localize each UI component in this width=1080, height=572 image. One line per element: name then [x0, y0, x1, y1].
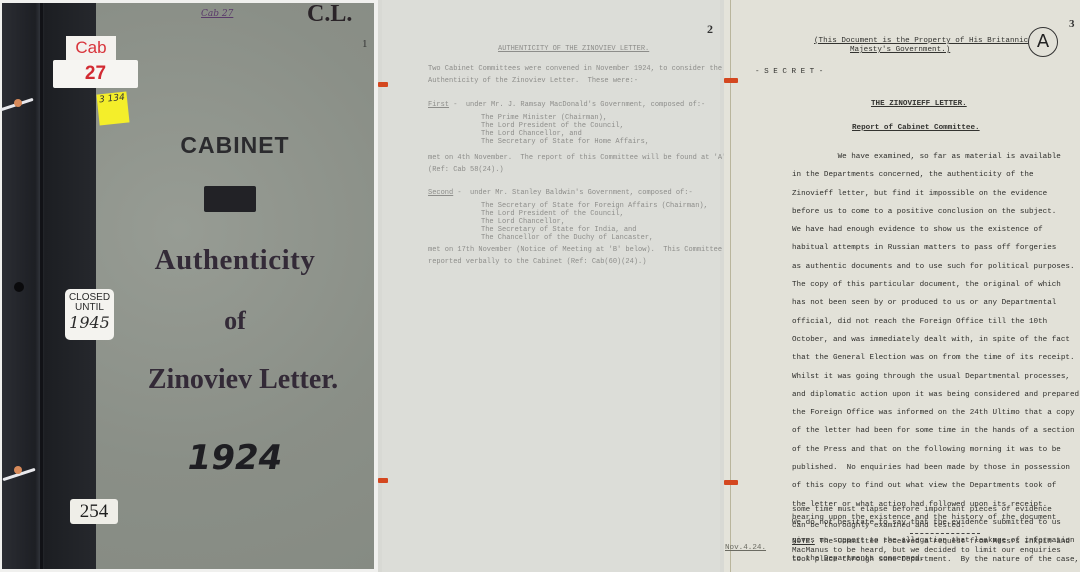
cover-title-cabinet: CABINET [96, 132, 374, 159]
cab-number-label: 27 [53, 60, 138, 88]
body-line: in the Departments concerned, the authen… [792, 171, 1080, 189]
note-text: The Committee received a request from Me… [815, 538, 1070, 546]
body-line: has not been seen by or produced to us o… [792, 299, 1080, 317]
first-text: - under Mr. J. Ramsay MacDonald's Govern… [449, 101, 705, 109]
second-committee-heading: Second - under Mr. Stanley Baldwin's Gov… [428, 189, 693, 198]
second-met-line-1: met on 17th November (Notice of Meeting … [428, 246, 722, 255]
secret-marking: - S E C R E T - [755, 68, 823, 77]
page-2-title: AUTHENTICITY OF THE ZINOVIEV LETTER. [498, 45, 649, 54]
closing-line: can be thoroughly examined and tested. [792, 522, 965, 531]
tag-marker-top [378, 82, 388, 87]
body-line: of the letter had been for some time in … [792, 427, 1080, 445]
note-line-3: to the Departments concerned. [792, 555, 924, 564]
intro-line-1: Two Cabinet Committees were convened in … [428, 65, 722, 74]
second-member: The Chancellor of the Duchy of Lancaster… [481, 234, 653, 243]
redaction-block [204, 186, 256, 212]
body-line: Whilst it was going through the usual De… [792, 373, 1080, 391]
body-line: the Foreign Office was informed on the 2… [792, 409, 1080, 427]
cover-title-authenticity: Authenticity [96, 244, 374, 277]
cover-title-of: of [96, 306, 374, 336]
note-line-1: NOTE. The Committee received a request f… [792, 538, 1070, 547]
tag-marker-top [724, 78, 738, 83]
report-title: THE ZINOVIEFF LETTER. [871, 100, 967, 109]
binding-knot-top [14, 99, 22, 107]
intro-line-2: Authenticity of the Zinoviev Letter. The… [428, 77, 638, 86]
body-line: October, and was immediately dealt with,… [792, 336, 1080, 354]
body-line: habitual attempts in Russian matters to … [792, 244, 1080, 262]
closed-until-label: CLOSED UNTIL 1945 [65, 289, 114, 340]
property-notice-line-1: (This Document is the Property of His Br… [814, 37, 1028, 46]
yellow-sticky-note: 3 134 [96, 92, 129, 126]
handwritten-reference: Cab 27 [201, 9, 233, 19]
body-line: The copy of this particular document, th… [792, 281, 1080, 299]
report-date: Nov.4.24. [725, 544, 766, 553]
page-number: 1 [362, 38, 368, 50]
body-line: and diplomatic action upon it was being … [792, 391, 1080, 409]
body-line: of this copy to find out what view the D… [792, 482, 1080, 500]
property-notice-line-2: Majesty's Government.) [850, 46, 950, 55]
body-line: published. No enquiries had been made by… [792, 464, 1080, 482]
body-line: Zinovieff letter, but find it impossible… [792, 190, 1080, 208]
separator-line [910, 533, 980, 534]
body-line: that the General Election was on from th… [792, 354, 1080, 372]
first-met-line-1: met on 4th November. The report of this … [428, 154, 724, 163]
body-line: of the Press and that on the following m… [792, 446, 1080, 464]
first-member: The Secretary of State for Home Affairs, [481, 138, 649, 147]
binding-knot-bottom [14, 466, 22, 474]
cover-board [96, 3, 374, 569]
first-met-line-2: (Ref: Cab 58(24).) [428, 166, 504, 175]
spine-groove [40, 3, 43, 569]
tag-marker-bottom [724, 480, 738, 485]
closed-until-year: 1945 [65, 313, 114, 333]
cover-year: 1924 [96, 438, 374, 478]
piece-number-label: 254 [70, 499, 118, 524]
cab-label: Cab [66, 36, 116, 60]
first-committee-heading: First - under Mr. J. Ramsay MacDonald's … [428, 101, 705, 110]
body-line: before us to come to a positive conclusi… [792, 208, 1080, 226]
body-line: as authentic documents and to use such f… [792, 263, 1080, 281]
report-subtitle: Report of Cabinet Committee. [852, 124, 980, 133]
page-2-panel: 2 AUTHENTICITY OF THE ZINOVIEV LETTER. T… [378, 0, 724, 572]
body-line: We have had enough evidence to show us t… [792, 226, 1080, 244]
page-number: 2 [707, 22, 713, 37]
second-met-line-2: reported verbally to the Cabinet (Ref: C… [428, 258, 646, 267]
tag-marker-bottom [378, 478, 388, 483]
body-line: We have examined, so far as material is … [792, 153, 1080, 171]
page-number: 3 [1069, 18, 1075, 30]
first-label: First [428, 101, 449, 109]
circled-annotation: A [1028, 27, 1058, 57]
second-label: Second [428, 189, 453, 197]
binding-hole [14, 282, 24, 292]
second-text: - under Mr. Stanley Baldwin's Government… [453, 189, 692, 197]
closed-until-text: CLOSED UNTIL [65, 289, 114, 313]
cl-mark: C.L. [307, 1, 352, 28]
body-line: official, did not reach the Foreign Offi… [792, 318, 1080, 336]
cover-panel: Cab 27 3 134 Cab 27 C.L. 1 CABINET Authe… [0, 0, 378, 572]
note-label: NOTE. [792, 538, 815, 546]
cover-title-zinoviev: Zinoviev Letter. [96, 364, 378, 396]
